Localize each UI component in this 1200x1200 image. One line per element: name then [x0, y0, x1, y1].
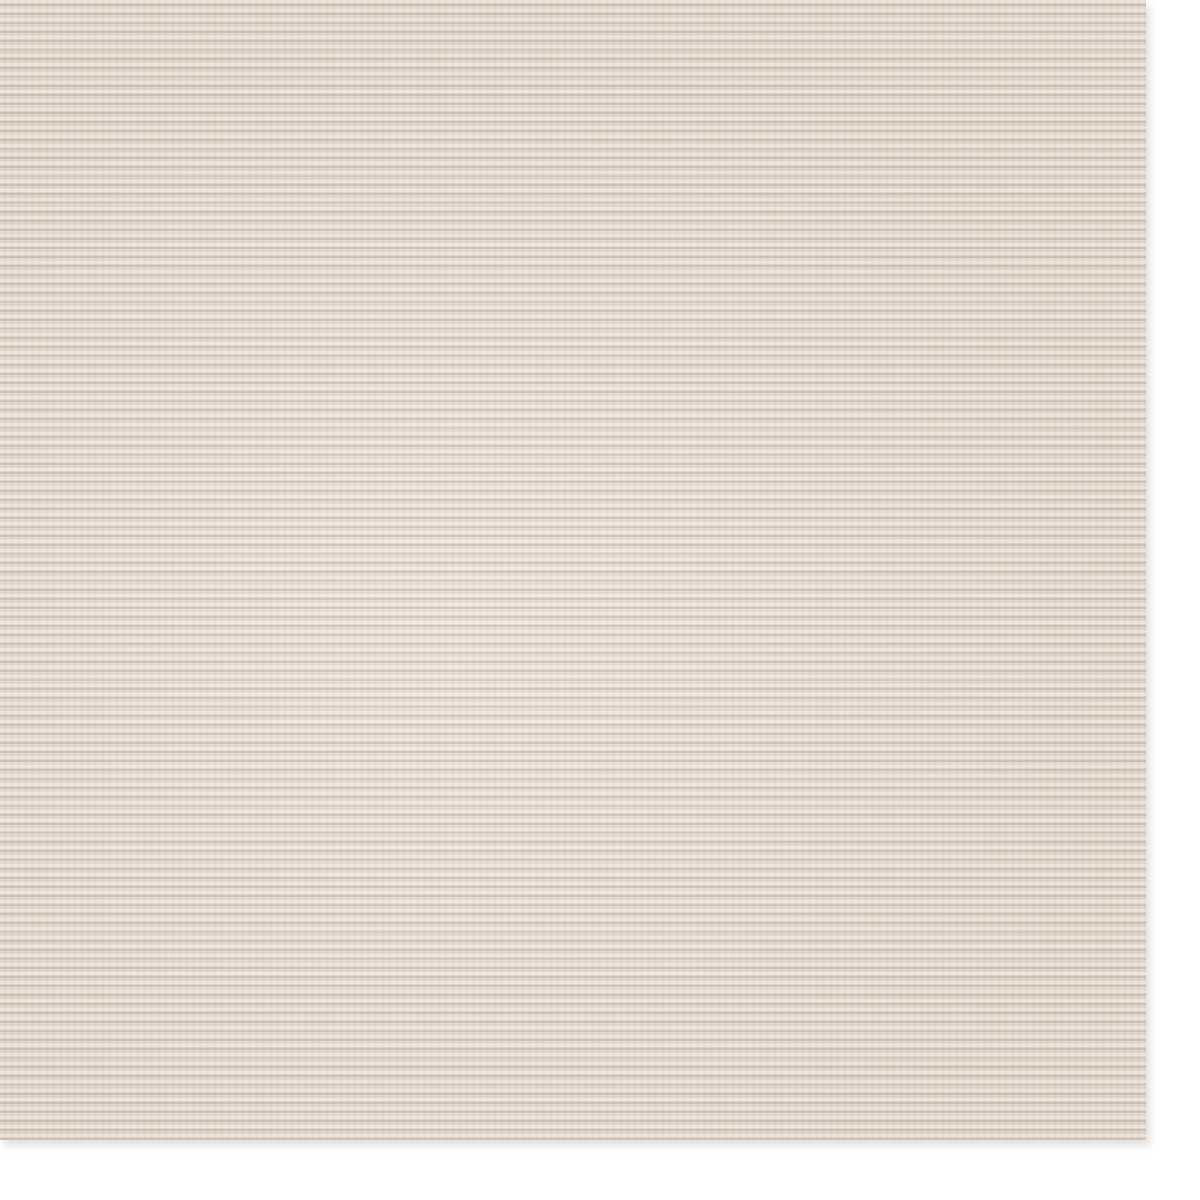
rug-photo	[0, 0, 1146, 1140]
